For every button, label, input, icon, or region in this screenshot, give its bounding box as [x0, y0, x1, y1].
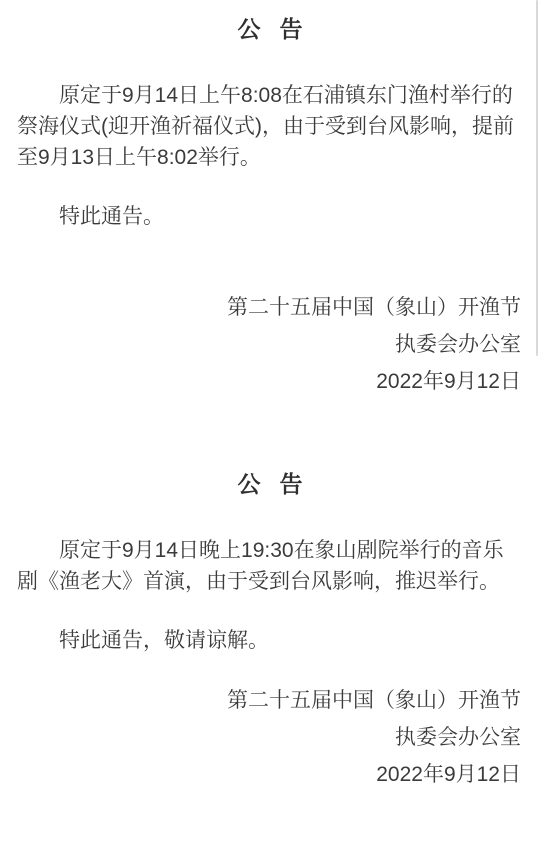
signature-office: 执委会办公室 [17, 719, 521, 756]
announcement-section-2: 公 告 原定于9月14日晚上19:30在象山剧院举行的音乐剧《渔老大》首演，由于… [0, 469, 540, 793]
signature-date: 2022年9月12日 [17, 756, 521, 793]
announcement-body: 原定于9月14日上午8:08在石浦镇东门渔村举行的祭海仪式(迎开渔祈福仪式)，由… [17, 80, 523, 173]
closing-note: 特此通告，敬请谅解。 [17, 625, 523, 656]
signature-date: 2022年9月12日 [17, 363, 521, 400]
closing-note: 特此通告。 [17, 201, 523, 232]
signature-organization: 第二十五届中国（象山）开渔节 [17, 682, 521, 719]
signature-office: 执委会办公室 [17, 326, 521, 363]
scrollbar-thumb[interactable] [536, 0, 538, 356]
announcement-title: 公 告 [17, 14, 523, 44]
signature-organization: 第二十五届中国（象山）开渔节 [17, 289, 521, 326]
signature-block: 第二十五届中国（象山）开渔节 执委会办公室 2022年9月12日 [17, 289, 523, 400]
announcement-document: 公 告 原定于9月14日上午8:08在石浦镇东门渔村举行的祭海仪式(迎开渔祈福仪… [0, 0, 540, 854]
announcement-section-1: 公 告 原定于9月14日上午8:08在石浦镇东门渔村举行的祭海仪式(迎开渔祈福仪… [0, 0, 540, 400]
signature-block: 第二十五届中国（象山）开渔节 执委会办公室 2022年9月12日 [17, 682, 523, 793]
announcement-body: 原定于9月14日晚上19:30在象山剧院举行的音乐剧《渔老大》首演，由于受到台风… [17, 535, 523, 597]
announcement-title: 公 告 [17, 469, 523, 499]
